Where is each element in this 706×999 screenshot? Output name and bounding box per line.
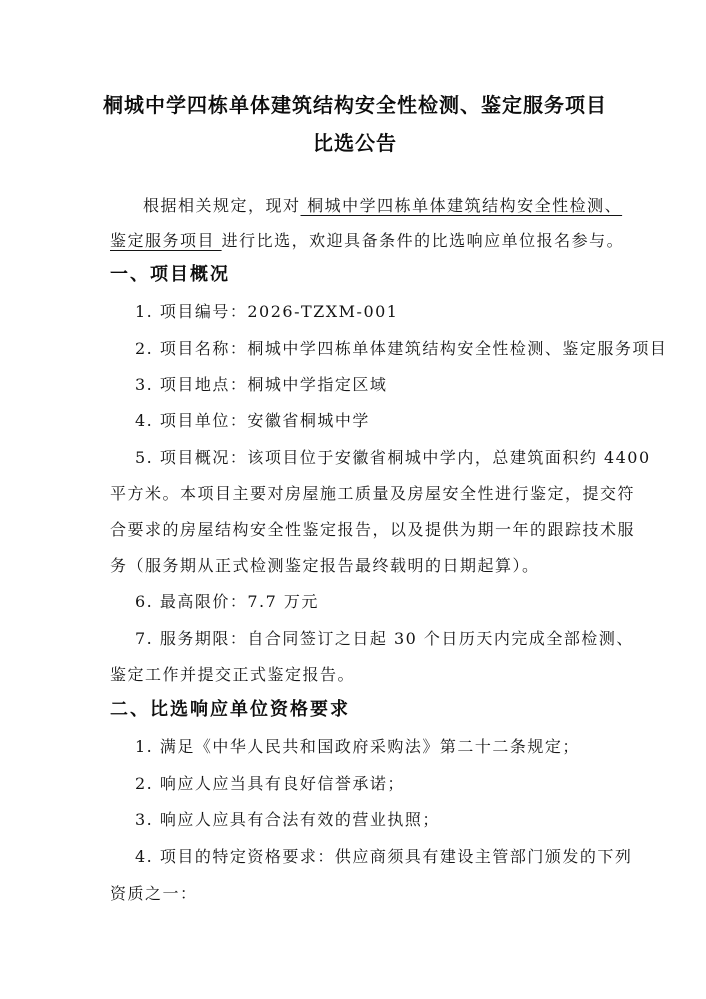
section1-item-3: 3. 项目地点：桐城中学指定区域: [135, 375, 387, 395]
document-title-line1: 桐城中学四栋单体建筑结构安全性检测、鉴定服务项目: [100, 93, 610, 117]
section1-item-5-line3: 合要求的房屋结构安全性鉴定报告，以及提供为期一年的跟踪技术服: [110, 520, 635, 540]
section1-heading: 一、项目概况: [110, 264, 230, 286]
document-title-line2: 比选公告: [100, 131, 610, 155]
intro-suffix: 进行比选，欢迎具备条件的比选响应单位报名参与。: [222, 231, 625, 250]
intro-prefix: 根据相关规定，现对: [143, 196, 301, 215]
section2-item-3: 3. 响应人应具有合法有效的营业执照；: [135, 810, 440, 830]
section1-item-5-line1: 5. 项目概况：该项目位于安徽省桐城中学内，总建筑面积约 4400: [135, 448, 651, 468]
intro-project-name-underlined: 桐城中学四栋单体建筑结构安全性检测、: [301, 196, 623, 215]
section2-item-2: 2. 响应人应当具有良好信誉承诺；: [135, 774, 405, 794]
section2-item-4-line1: 4. 项目的特定资格要求：供应商须具有建设主管部门颁发的下列: [135, 847, 632, 867]
section1-item-6: 6. 最高限价：7.7 万元: [135, 592, 319, 612]
intro-project-name-underlined-cont: 鉴定服务项目: [110, 231, 222, 250]
section1-item-7-line2: 鉴定工作并提交正式鉴定报告。: [110, 665, 355, 685]
section2-item-1: 1. 满足《中华人民共和国政府采购法》第二十二条规定；: [135, 737, 580, 757]
section1-item-5-line2: 平方米。本项目主要对房屋施工质量及房屋安全性进行鉴定，提交符: [110, 484, 635, 504]
document-page: 桐城中学四栋单体建筑结构安全性检测、鉴定服务项目 比选公告 根据相关规定，现对 …: [0, 0, 706, 999]
intro-paragraph-line1: 根据相关规定，现对 桐城中学四栋单体建筑结构安全性检测、: [143, 196, 622, 216]
section2-heading: 二、比选响应单位资格要求: [110, 699, 350, 721]
section1-item-4: 4. 项目单位：安徽省桐城中学: [135, 411, 370, 431]
intro-paragraph-line2: 鉴定服务项目 进行比选，欢迎具备条件的比选响应单位报名参与。: [110, 231, 624, 251]
section1-item-2: 2. 项目名称：桐城中学四栋单体建筑结构安全性检测、鉴定服务项目: [135, 339, 667, 359]
section1-item-7-line1: 7. 服务期限：自合同签订之日起 30 个日历天内完成全部检测、: [135, 629, 634, 649]
section2-item-4-line2: 资质之一：: [110, 884, 198, 904]
section1-item-1: 1. 项目编号：2026-TZXM-001: [135, 302, 399, 322]
section1-item-5-line4: 务（服务期从正式检测鉴定报告最终载明的日期起算）。: [110, 556, 540, 576]
